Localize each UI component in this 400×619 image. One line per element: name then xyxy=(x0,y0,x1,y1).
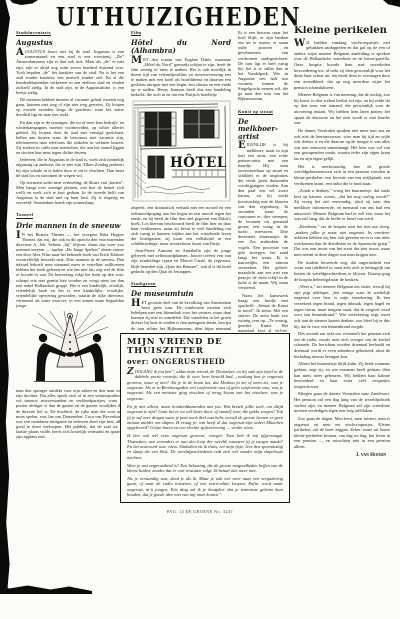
article-paragraph: Des avonds om acht uur verzamelt het pen… xyxy=(294,331,390,359)
article-paragraph: MET den roman van Eugène Dabit, waarnaar… xyxy=(131,57,231,98)
page-footer: PAG. 14 DE GROENE No. 3247 xyxy=(100,509,300,514)
drop-cap: M xyxy=(131,57,142,65)
feature-paragraph: Weet je wat ongerustheid is? Een belasti… xyxy=(127,463,283,474)
article-paragraph: Op terrassen zoekt men verkoeling, de il… xyxy=(16,180,124,206)
article-paragraph: afspeelt, een dramatisch verhaal met een… xyxy=(131,205,231,246)
article-paragraph: Jean-Pierre Aumont en Annabella zijn de … xyxy=(131,248,231,274)
feature-box-title: MIJN VRIEND DE THUISZITTER xyxy=(127,338,283,357)
article-paragraph: „Zoudt u denken,” vroeg het buurmeisje, … xyxy=(294,188,390,222)
paragraph-text: UGUSTUS hoort niet bij de stad. Augustus… xyxy=(16,49,124,95)
article-paragraph: De dames Verstralen spraken niet meer me… xyxy=(294,128,390,162)
subtitle-word: ONGERUSTHEID xyxy=(152,357,225,366)
scan-mark-top-right xyxy=(383,0,400,7)
article-paragraph: De student beweerde nog, dat ongerusthei… xyxy=(294,260,390,283)
article-paragraph: Het is merkwaardig, hoe de groote wereld… xyxy=(294,164,390,187)
feature-box-subtitle: over: ONGERUSTHEID xyxy=(127,358,283,366)
feature-box-thuiszitter: MIJN VRIEND DE THUISZITTER over: ONGERUS… xyxy=(120,333,290,503)
page-title: UITHUIZIGHEDEN xyxy=(56,2,301,31)
hotel-facade-illustration: HÔTEL xyxy=(132,100,231,202)
hotel-sign-text: HÔTEL xyxy=(170,154,227,171)
article-paragraph: HET grootste deel van de bevolking van A… xyxy=(131,300,231,332)
column-1: Stadsinventaris Augustus AUGUSTUS hoort … xyxy=(16,30,124,506)
article-paragraph: Zoo gaan de dagen. Men leest, men luiste… xyxy=(294,416,390,450)
article-title-museumtuin: De museumtuin xyxy=(131,290,231,297)
paragraph-text: OOLANG ik jou ken”, aldus mijn vriend, d… xyxy=(127,369,283,401)
scan-edge-bottom xyxy=(0,584,92,594)
article-paragraph: man den springer ontdekt voor zijn zaken… xyxy=(16,388,124,439)
article-paragraph: Naast het kunstwerk hangt een bordje met… xyxy=(238,293,288,332)
scan-mark-top-left xyxy=(10,0,38,5)
article-paragraph: Meneer Belgman is van meening, dat de oo… xyxy=(294,92,390,126)
subtitle-prefix: over: xyxy=(127,357,149,366)
article-paragraph: Er is een berceau waar het koel blijft, … xyxy=(238,30,288,102)
article-paragraph: „Weet u,” zei meneer Belgman ten slotte,… xyxy=(294,284,390,329)
kicker-tooneel: Tooneel xyxy=(16,212,33,218)
magazine-page: UITHUIZIGHEDEN Stadsinventaris Augustus … xyxy=(0,0,400,619)
feature-paragraph: Als je verstandig was, deed je als ik. M… xyxy=(127,476,283,498)
feature-paragraph: En jij niet alleen, maar honderdduizende… xyxy=(127,404,283,431)
paragraph-text: N het Beatrix Theater — het vroegere Rik… xyxy=(16,232,124,309)
kicker-stadsgroen: Stadsgroen xyxy=(131,281,156,287)
article-title-drie-mannen: Drie mannen in de sneeuw xyxy=(16,222,124,229)
article-paragraph: EIGENLIJK is hij melkboer, maar in zijn … xyxy=(238,142,288,290)
column-2: Film Hôtel du Nord (Alhambra) MET den ro… xyxy=(131,30,231,332)
article-paragraph: AUGUSTUS hoort niet bij de stad. Augustu… xyxy=(16,49,124,95)
author-signature: J. van Hoorn xyxy=(294,453,390,459)
scan-edge-left xyxy=(0,0,10,594)
kicker-kunst-op-straat: Kunst op straat xyxy=(238,109,273,115)
drop-cap: Z xyxy=(127,369,134,377)
paragraph-text: IJ hadden vandaag vischcroquetjes met ge… xyxy=(294,40,390,90)
drop-cap: A xyxy=(16,49,24,57)
column-3: Er is een berceau waar het koel blijft, … xyxy=(238,30,288,332)
article-paragraph: Morgen gaan de dames Verstralen naar Zan… xyxy=(294,391,390,414)
article-title-melkboer-artist: De melkboer-artist xyxy=(238,118,288,140)
paragraph-text: ET grootste deel van de bevolking van Am… xyxy=(131,300,231,332)
kicker-stadsinventaris: Stadsinventaris xyxy=(16,30,51,36)
paragraph-text: IGENLIJK is hij melkboer, maar in zijn h… xyxy=(238,142,288,290)
article-title-hotel-du-nord: Hôtel du Nord (Alhambra) xyxy=(131,39,231,54)
article-paragraph: En dan zijn er de ernstigen, die nu al w… xyxy=(16,120,124,156)
handshake-silhouette-illustration xyxy=(30,311,110,385)
drop-cap: W xyxy=(294,40,305,48)
feature-paragraph: Ik ben ook wel eens ongerust geweest, vr… xyxy=(127,433,283,460)
drop-cap: E xyxy=(238,142,246,150)
article-title-augustus: Augustus xyxy=(16,39,124,46)
article-paragraph: IN het Beatrix Theater — het vroegere Ri… xyxy=(16,232,124,309)
paragraph-text: ET den roman van Eugène Dabit, waarnaar … xyxy=(131,57,231,98)
drop-cap: H xyxy=(131,300,140,308)
drop-cap: I xyxy=(16,232,21,240)
article-paragraph: De meesten hebben immers al vacantie geh… xyxy=(16,97,124,117)
article-paragraph: Iedereen, die in Augustus in de stad is,… xyxy=(16,157,124,177)
feature-paragraph: ZOOLANG ik jou ken”, aldus mijn vriend, … xyxy=(127,369,283,401)
article-paragraph: Alleen het buurmeisje blijft kalm. Zij h… xyxy=(294,361,390,389)
kicker-film: Film xyxy=(131,30,141,36)
article-paragraph: „Kinderen,” zei de hospita toen het tien… xyxy=(294,224,390,258)
article-paragraph: WIJ hadden vandaag vischcroquetjes met g… xyxy=(294,40,390,91)
article-title-kleine-perikelen: Kleine perikelen xyxy=(294,26,390,36)
column-4: Kleine perikelen WIJ hadden vandaag visc… xyxy=(294,26,390,506)
